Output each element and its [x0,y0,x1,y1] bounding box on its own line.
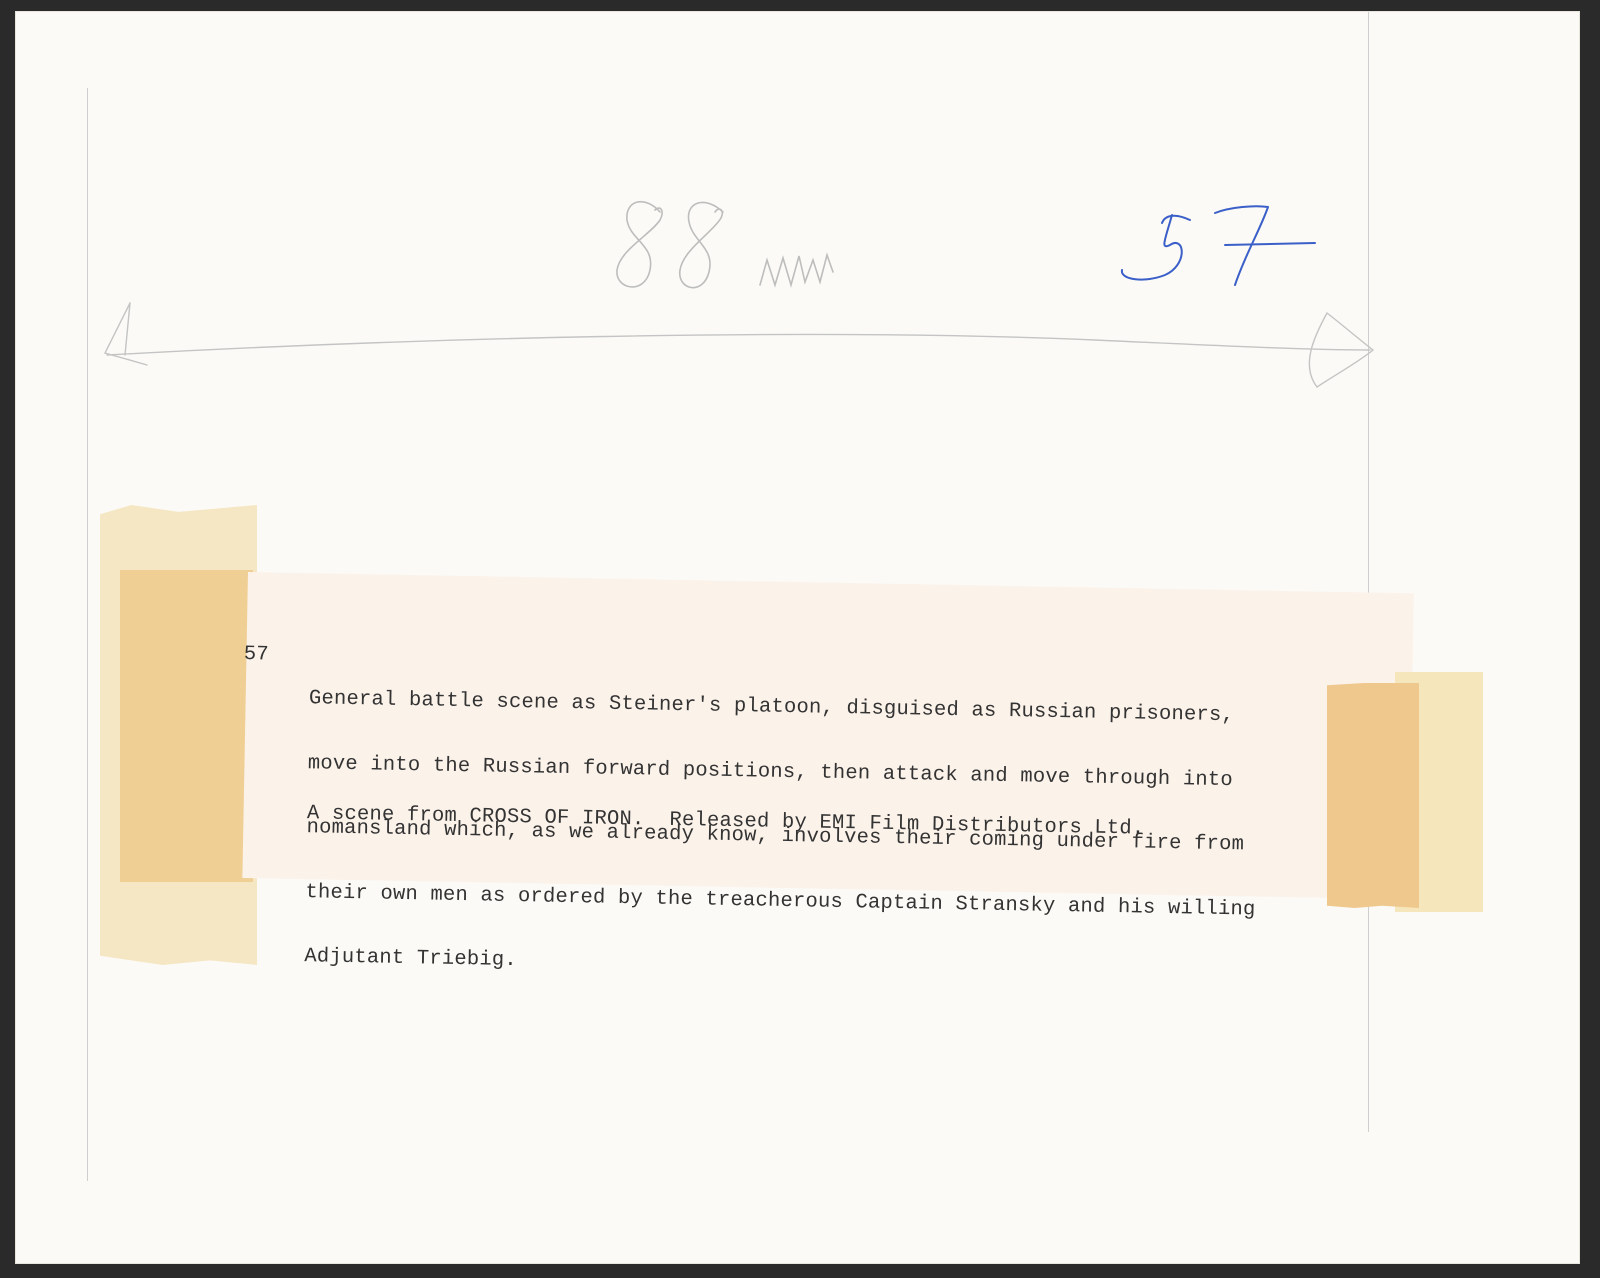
masking-tape-left-inner [120,570,253,882]
typed-caption: 57 General battle scene as Steiner's pla… [242,644,1323,750]
caption-line: their own men as ordered by the treacher… [305,882,1255,921]
pencil-double-arrow [95,295,1385,405]
ink-note-57 [1110,195,1330,295]
still-number: 57 [244,644,269,666]
caption-line: Adjutant Triebig. [304,946,1254,985]
pencil-margin-line-right [1368,12,1369,1132]
caption-line: move into the Russian forward positions,… [308,753,1258,792]
pencil-margin-line-left [87,88,88,1181]
pencil-note-88mm [605,190,925,310]
caption-line: General battle scene as Steiner's platoo… [309,688,1259,727]
masking-tape-right-inner [1327,683,1419,908]
